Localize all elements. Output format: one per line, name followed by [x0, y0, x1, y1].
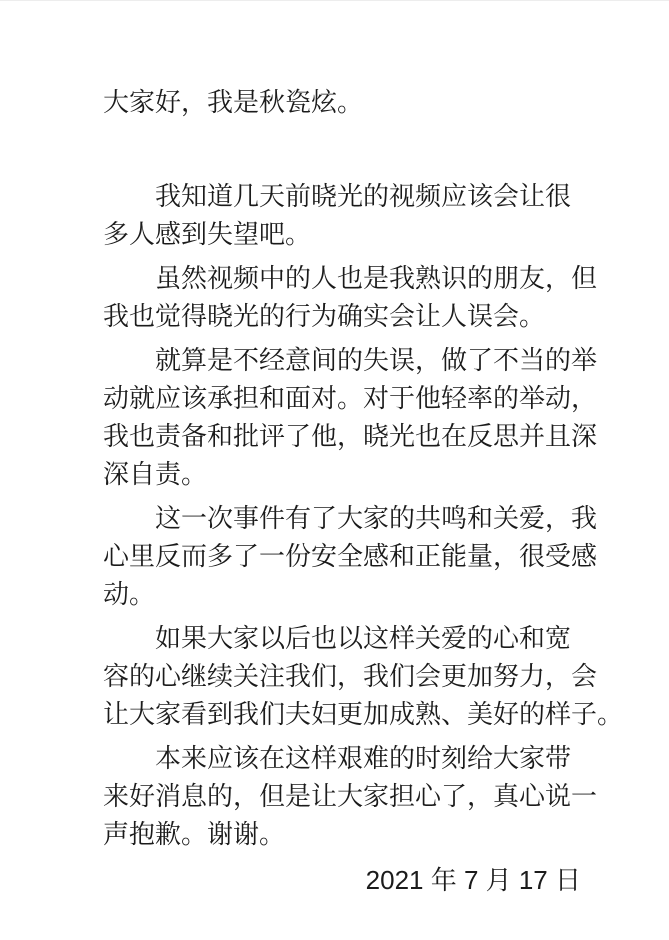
letter-line: 心里反而多了一份安全感和正能量，很受感 — [103, 537, 581, 575]
letter-page: 大家好，我是秋瓷炫。 我知道几天前晓光的视频应该会让很 多人感到失望吧。 虽然视… — [0, 0, 669, 940]
letter-line: 来好消息的，但是让大家担心了，真心说一 — [103, 777, 581, 815]
letter-line: 动。 — [103, 575, 581, 613]
letter-line: 声抱歉。谢谢。 — [103, 815, 581, 853]
paragraph-5: 如果大家以后也以这样关爱的心和宽 容的心继续关注我们，我们会更加努力，会 让大家… — [103, 619, 581, 733]
letter-line: 深自责。 — [103, 455, 581, 493]
date-line: 2021 年 7 月 17 日 — [103, 861, 581, 899]
letter-line: 动就应该承担和面对。对于他轻率的举动， — [103, 379, 581, 417]
paragraph-4: 这一次事件有了大家的共鸣和关爱，我 心里反而多了一份安全感和正能量，很受感 动。 — [103, 499, 581, 613]
letter-line: 我也责备和批评了他，晓光也在反思并且深 — [103, 417, 581, 455]
letter-line: 容的心继续关注我们，我们会更加努力，会 — [103, 657, 581, 695]
paragraph-6: 本来应该在这样艰难的时刻给大家带 来好消息的，但是让大家担心了，真心说一 声抱歉… — [103, 739, 581, 853]
letter-line: 如果大家以后也以这样关爱的心和宽 — [103, 619, 581, 657]
letter-line: 让大家看到我们夫妇更加成熟、美好的样子。 — [103, 695, 581, 733]
paragraph-1: 我知道几天前晓光的视频应该会让很 多人感到失望吧。 — [103, 177, 581, 253]
letter-line: 我也觉得晓光的行为确实会让人误会。 — [103, 297, 581, 335]
letter-line: 我知道几天前晓光的视频应该会让很 — [103, 177, 581, 215]
letter-line: 多人感到失望吧。 — [103, 215, 581, 253]
letter-line: 这一次事件有了大家的共鸣和关爱，我 — [103, 499, 581, 537]
greeting-line: 大家好，我是秋瓷炫。 — [103, 83, 581, 121]
paragraph-2: 虽然视频中的人也是我熟识的朋友，但 我也觉得晓光的行为确实会让人误会。 — [103, 259, 581, 335]
letter-line: 本来应该在这样艰难的时刻给大家带 — [103, 739, 581, 777]
letter-line: 就算是不经意间的失误，做了不当的举 — [103, 341, 581, 379]
paragraph-3: 就算是不经意间的失误，做了不当的举 动就应该承担和面对。对于他轻率的举动， 我也… — [103, 341, 581, 493]
letter-line: 虽然视频中的人也是我熟识的朋友，但 — [103, 259, 581, 297]
